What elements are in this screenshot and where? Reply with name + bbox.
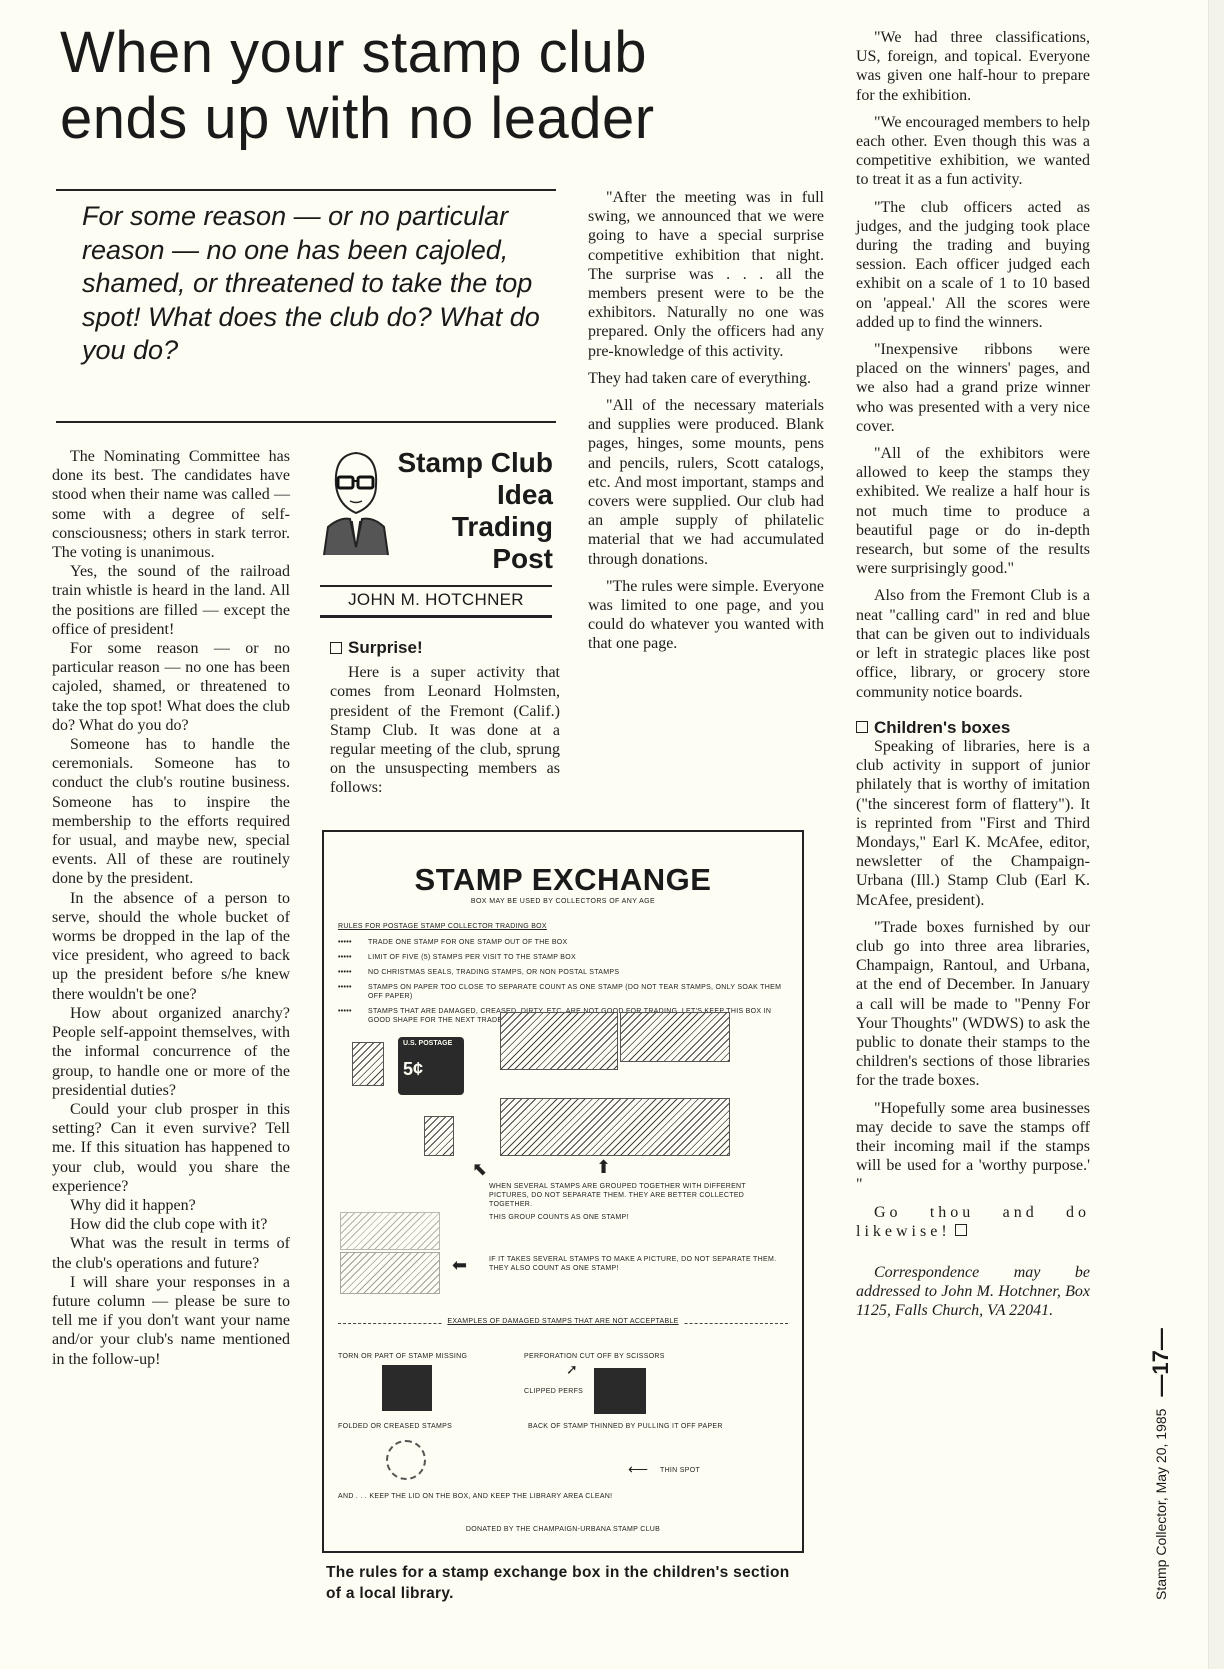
page-edge [1208,0,1224,1669]
column-2: Surprise! Here is a super activity that … [330,638,560,798]
column-1: The Nominating Committee has done its be… [52,447,290,1369]
correspondence-note: Correspondence may be addressed to John … [856,1263,1090,1321]
page-number: —17— [1148,1328,1174,1396]
closing-line: Go thou and do likewise! [856,1204,1090,1240]
stamp-group-icon [340,1212,440,1250]
example-folded: FOLDED OR CREASED STAMPS [338,1422,452,1431]
paragraph: Why did it happen? [52,1196,290,1215]
paragraph: "Hopefully some area businesses may deci… [856,1099,1090,1195]
label-thin-spot: THIN SPOT [660,1466,700,1475]
paragraph: "After the meeting was in full swing, we… [588,188,824,361]
example-thinned: BACK OF STAMP THINNED BY PULLING IT OFF … [528,1422,728,1431]
arrow-icon: ➚ [566,1362,578,1380]
figure-caption: The rules for a stamp exchange box in th… [326,1562,806,1604]
paragraph: Someone has to handle the ceremonials. S… [52,735,290,889]
stamp-exchange-figure: STAMP EXCHANGE BOX MAY BE USED BY COLLEC… [322,830,804,1553]
deck: For some reason — or no particular reaso… [82,200,552,368]
column-logo: Stamp Club Idea Trading Post [318,447,553,587]
example-perforation: PERFORATION CUT OFF BY SCISSORS [524,1352,665,1361]
exhibit-title: STAMP EXCHANGE [324,862,802,898]
portrait-stamp-icon [352,1042,384,1086]
ballot-box-icon [330,642,342,654]
paragraph: "All of the necessary materials and supp… [588,396,824,569]
byline-rule-top [320,585,552,587]
deck-rule-top [56,189,556,191]
footer-note: AND . . . KEEP THE LID ON THE BOX, AND K… [338,1492,612,1501]
paragraph: They had taken care of everything. [588,369,824,388]
paragraph: "We had three classifications, US, forei… [856,28,1090,105]
paragraph: I will share your responses in a future … [52,1273,290,1369]
paragraph: "Trade boxes furnished by our club go in… [856,918,1090,1091]
clipped-stamp-icon [594,1368,646,1414]
subhead-surprise: Surprise! [330,638,560,657]
arrow-icon: ⬉ [472,1160,487,1178]
rule-item: •••••LIMIT OF FIVE (5) STAMPS PER VISIT … [338,953,788,962]
publication-date: Stamp Collector, May 20, 1985 [1153,1409,1169,1600]
rule-item: •••••NO CHRISTMAS SEALS, TRADING STAMPS,… [338,968,788,977]
author-portrait-icon [318,447,393,557]
logo-line: Post [397,543,553,575]
paragraph: "All of the exhibitors were allowed to k… [856,444,1090,578]
end-mark-icon [955,1224,967,1236]
paragraph: What was the result in terms of the club… [52,1234,290,1272]
logo-line: Idea [397,479,553,511]
us-postage-stamp-icon: U.S. POSTAGE 5¢ [398,1037,464,1095]
paragraph: How about organized anarchy? People self… [52,1004,290,1100]
subhead-text: Surprise! [348,638,423,657]
ship-stamp-icon [620,1012,730,1062]
subhead-text: Children's boxes [874,718,1010,737]
arrow-left-icon: ⬅ [452,1256,467,1274]
logo-line: Stamp Club [397,447,553,479]
paragraph: For some reason — or no particular reaso… [52,639,290,735]
headline: When your stamp club ends up with no lea… [60,20,780,152]
ballot-box-icon [856,721,868,733]
se-tenant-stamps-icon [340,1252,440,1294]
column-logo-title: Stamp Club Idea Trading Post [397,447,553,575]
paragraph: Could your club prosper in this setting?… [52,1100,290,1196]
arrow-up-icon: ⬆ [596,1158,611,1176]
paragraph: "We encouraged members to help each othe… [856,113,1090,190]
paragraph: "The club officers acted as judges, and … [856,198,1090,332]
examples-heading: EXAMPLES OF DAMAGED STAMPS THAT ARE NOT … [443,1318,682,1325]
paragraph: Go thou and do likewise! [856,1203,1090,1241]
portrait-stamp-icon [424,1116,454,1156]
logo-line: Trading [397,511,553,543]
paragraph: Speaking of libraries, here is a club ac… [856,737,1090,910]
rule-item: •••••TRADE ONE STAMP FOR ONE STAMP OUT O… [338,938,788,947]
byline-rule-bottom [320,615,552,618]
paragraph: In the absence of a person to serve, sho… [52,889,290,1004]
exhibit-subtitle: BOX MAY BE USED BY COLLECTORS OF ANY AGE [324,898,802,905]
folio: Stamp Collector, May 20, 1985 —17— [1148,1328,1174,1600]
paragraph: The Nominating Committee has done its be… [52,447,290,562]
torn-stamp-icon [382,1365,432,1411]
deck-rule-bottom [56,421,556,423]
paragraph: "The rules were simple. Everyone was lim… [588,577,824,654]
paragraph: Yes, the sound of the railroad train whi… [52,562,290,639]
arrow-left-icon: ⟵ [628,1462,648,1480]
creased-stamp-icon [386,1440,426,1480]
stamp-block-icon [500,1098,730,1156]
subhead-childrens-boxes: Children's boxes [856,718,1090,737]
note-group: WHEN SEVERAL STAMPS ARE GROUPED TOGETHER… [489,1182,779,1209]
paragraph: "Inexpensive ribbons were placed on the … [856,340,1090,436]
column-4: "We had three classifications, US, forei… [856,28,1090,1321]
label-clipped-perfs: CLIPPED PERFS [524,1387,583,1396]
paragraph: Here is a super activity that comes from… [330,663,560,797]
rules-heading: RULES FOR POSTAGE STAMP COLLECTOR TRADIN… [338,922,547,931]
paragraph: How did the club cope with it? [52,1215,290,1234]
byline: JOHN M. HOTCHNER [320,590,552,610]
column-3: "After the meeting was in full swing, we… [588,188,824,654]
rule-item: •••••STAMPS ON PAPER TOO CLOSE TO SEPARA… [338,983,788,1001]
note-group-2: THIS GROUP COUNTS AS ONE STAMP! [489,1213,779,1222]
example-torn: TORN OR PART OF STAMP MISSING [338,1352,467,1361]
building-stamp-icon [500,1012,618,1070]
donated-by: DONATED BY THE CHAMPAIGN-URBANA STAMP CL… [324,1525,802,1534]
note-picture: IF IT TAKES SEVERAL STAMPS TO MAKE A PIC… [489,1255,779,1273]
paragraph: Also from the Fremont Club is a neat "ca… [856,586,1090,701]
